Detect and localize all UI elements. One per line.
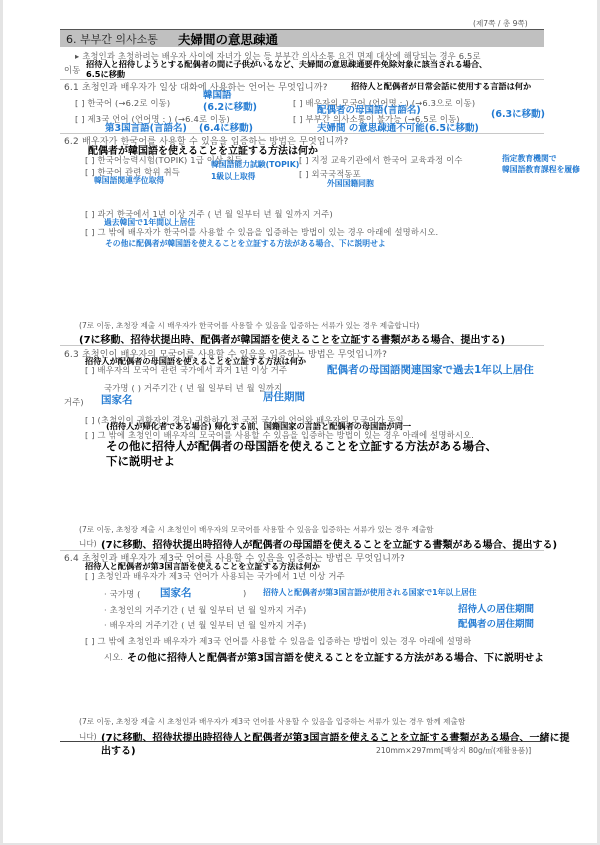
q61-question-jp: 招待人と配偶者が日常会話に使用する言語は何か bbox=[351, 81, 531, 92]
q62-option-other-jp: その他に配偶者が韓国語を使えることを立証する方法がある場合、下に説明せよ bbox=[105, 238, 386, 249]
q63-residence-period-jp[interactable]: 居住期間 bbox=[263, 389, 305, 404]
q63-country-name-jp[interactable]: 国家名 bbox=[101, 392, 133, 407]
q61-option-korean[interactable]: [ ] 한국어 (→6.2로 이동) bbox=[75, 97, 170, 109]
q62-note-jp: (7に移動、招待状提出時、配偶者が韓国語を使えることを立証する書類がある場合、提… bbox=[79, 331, 505, 346]
q63-note-ko: (7로 이동, 초청장 제출 시 초청인이 배우자의 모국어를 사용할 수 있음… bbox=[79, 524, 434, 535]
q62-note-ko: (7로 이동, 초청장 제출 시 배우자가 한국어를 사용할 수 있음을 입증하… bbox=[79, 320, 419, 331]
q64-country-label: · 국가명 ( bbox=[104, 588, 141, 600]
section-title-jp: 夫婦間の意思疎通 bbox=[178, 30, 278, 48]
q64-option-residence-jp: 招待人と配偶者が第3国言語が使用される国家で1年以上居住 bbox=[263, 587, 477, 598]
q64-option-residence[interactable]: [ ] 초청인과 배우자가 제3국 언어가 사용되는 국가에서 1년 이상 거주 bbox=[85, 570, 345, 582]
section-header: 6. 부부간 의사소통 夫婦間の意思疎通 bbox=[60, 29, 544, 47]
q62-option-designated-institution[interactable]: [ ] 지정 교육기관에서 한국어 교육과정 이수 bbox=[299, 154, 463, 166]
q62-option-designated-institution-jp2: 韓国語教育課程を履修 bbox=[502, 164, 580, 175]
q61-option-third-country-jp-goto: (6.4に移動) bbox=[199, 120, 253, 134]
q63-option-other-jp2: 下に説明せよ bbox=[106, 453, 175, 469]
q64-note-ko: (7로 이동, 초청장 제출 시 초청인과 배우자가 제3국 언어를 사용할 수… bbox=[79, 716, 465, 727]
q63-option-residence[interactable]: [ ] 배우자의 모국어 관련 국가에서 과거 1년 이상 거주 bbox=[85, 364, 287, 376]
divider bbox=[60, 345, 544, 346]
intro-ko-line2: 이동 bbox=[64, 64, 80, 76]
q63-option-residence-jp: 配偶者の母国語関連国家で過去1年以上居住 bbox=[327, 362, 534, 377]
q62-option-designated-institution-jp: 指定教育機関で bbox=[502, 153, 557, 164]
intro-jp-line1: 招待人と招待しようとする配偶者の間に子供がいるなど、夫婦間の意思疎通要件免除対象… bbox=[86, 59, 487, 70]
q63-note-jp: (7に移動、招待状提出時招待人が配偶者の母国語を使えることを立証する書類がある場… bbox=[101, 536, 557, 551]
q64-option-other-jp: その他に招待人と配偶者が第3国言語を使えることを立証する方法がある場合、下に説明… bbox=[127, 649, 544, 664]
q64-note-jp2: 出する) bbox=[101, 742, 136, 757]
q64-inviter-period-jp[interactable]: 招待人の居住期間 bbox=[458, 601, 534, 615]
q62-option-topik-jp: 韓国語能力試験(TOPIK) bbox=[211, 159, 299, 170]
q64-country-name-jp[interactable]: 国家名 bbox=[160, 585, 192, 600]
paper-spec-footer: 210mm×297mm[백상지 80g/㎡(재활용품)] bbox=[376, 745, 531, 756]
q61-option-spouse-native-jp-goto: (6.3に移動) bbox=[491, 106, 545, 120]
page-number: (제7쪽 / 총 9쪽) bbox=[473, 18, 528, 29]
q62-option-overseas-korean-jp: 外国国籍同胞 bbox=[327, 178, 374, 189]
q64-inviter-period-ko: · 초청인의 거주기간 ( 년 월 일부터 년 월 일까지 거주) bbox=[104, 604, 306, 616]
q64-spouse-period-jp[interactable]: 配偶者の居住期間 bbox=[458, 616, 534, 630]
q64-option-other-ko2: 시오. bbox=[104, 651, 123, 663]
q64-country-close: ) bbox=[243, 588, 246, 598]
q62-option-topik-jp2: 1級以上取得 bbox=[211, 171, 255, 182]
document-page: (제7쪽 / 총 9쪽) 6. 부부간 의사소통 夫婦間の意思疎通 ▸ 초청인과… bbox=[3, 0, 597, 843]
q64-spouse-period-ko: · 배우자의 거주기간 ( 년 월 일부터 년 월 일까지 거주) bbox=[104, 619, 306, 631]
q63-note-ko2: 니다) bbox=[79, 538, 97, 549]
q62-option-degree-jp: 韓国語関連学位取得 bbox=[94, 175, 164, 186]
q63-option-other-jp1: その他に招待人が配偶者の母国語を使えることを立証する方法がある場合、 bbox=[106, 438, 497, 454]
q64-option-other[interactable]: [ ] 그 밖에 초청인과 배우자가 제3국 언어를 사용할 수 있음을 입증하… bbox=[85, 635, 471, 647]
q61-question-ko: 6.1 초청인과 배우자가 일상 대화에 사용하는 언어는 무엇입니까? bbox=[64, 80, 328, 93]
q61-option-impossible-jp: 夫婦間 の意思疎通不可能(6.5に移動) bbox=[317, 120, 479, 134]
section-title-ko: 6. 부부간 의사소통 bbox=[66, 31, 158, 47]
q61-option-korean-jp-goto: (6.2に移動) bbox=[203, 99, 257, 113]
q63-country-period-ko2: 거주) bbox=[64, 396, 84, 408]
q61-option-third-country-jp: 第3国言語(言語名) bbox=[105, 120, 187, 134]
q62-option-other[interactable]: [ ] 그 밖에 배우자가 한국어를 사용할 수 있음을 입증하는 방법이 있는… bbox=[85, 226, 438, 238]
